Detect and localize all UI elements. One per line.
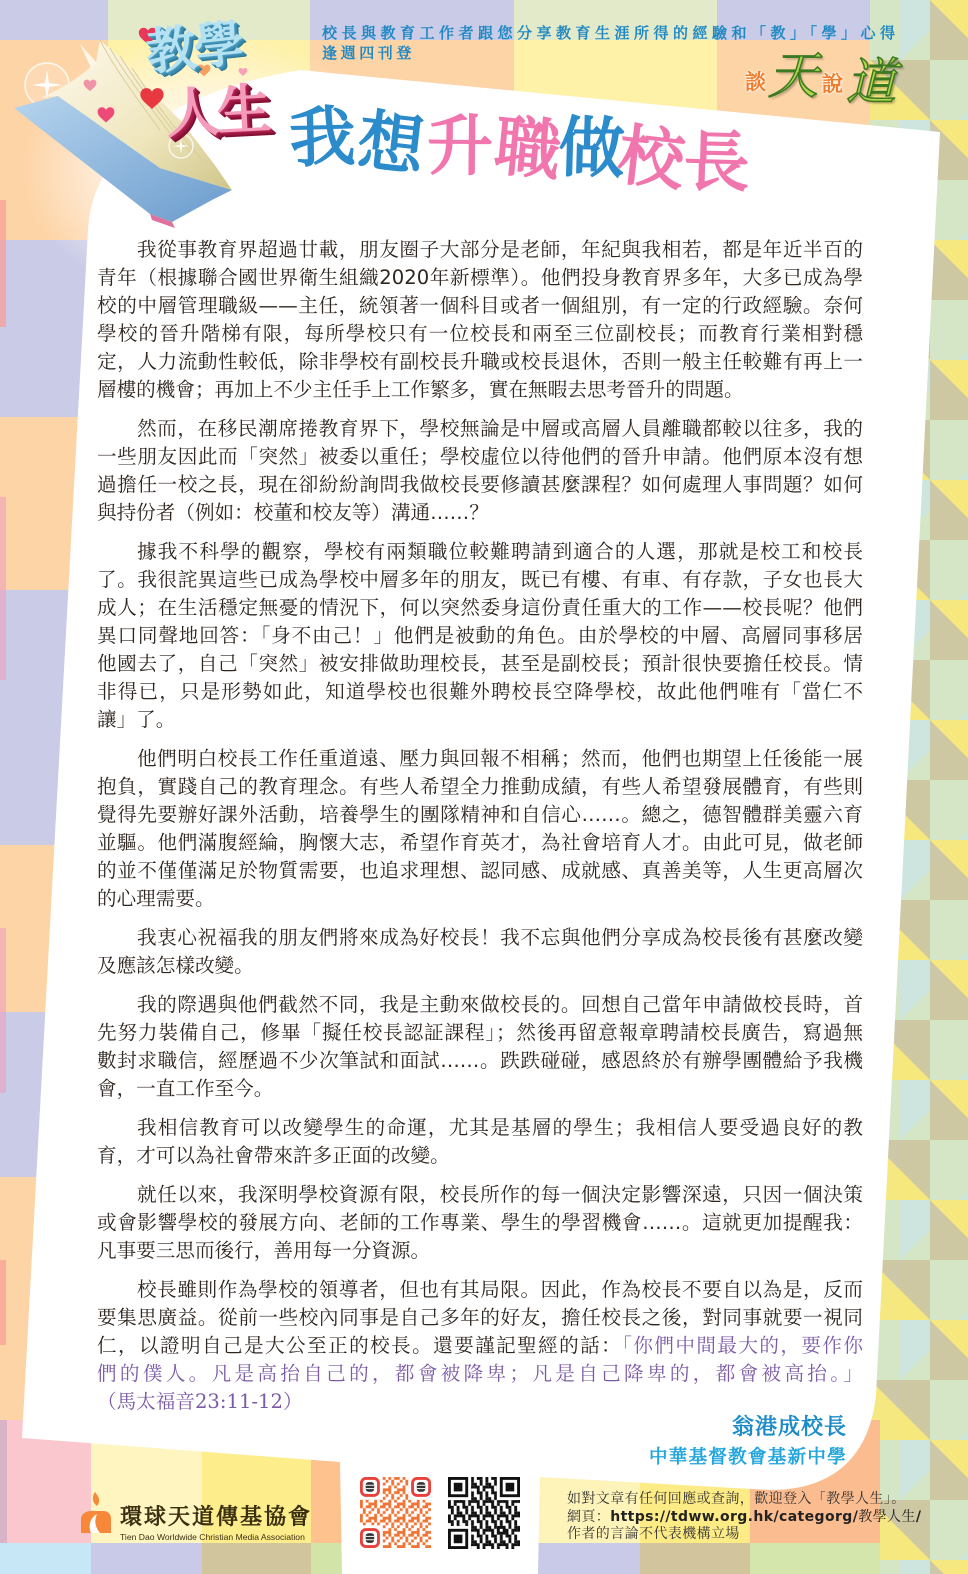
website-url-end: /: [916, 1509, 922, 1525]
article-line: 學校的晉升階梯有限，每所學校只有一位校長和兩至三位副校長；而教育行業相對穩: [97, 320, 863, 348]
publish-schedule: 逢週四刊登: [322, 43, 415, 63]
article-line: 先努力裝備自己，修畢「擬任校長認証課程」；然後再留意報章聘請校長廣告，寫過無: [97, 1019, 863, 1047]
article-line: 凡事要三思而後行，善用每一分資源。: [97, 1237, 863, 1265]
article-paragraph: 我相信教育可以改變學生的命運，尤其是基層的學生；我相信人要受過良好的教 育，才可…: [97, 1114, 863, 1170]
article-line: 異口同聲地回答：「身不由己！」他們是被動的角色。由於學校的中層、高層同事移居: [97, 622, 863, 650]
talk-heaven-logo-char: 談: [745, 70, 766, 94]
title-char: 升: [425, 108, 495, 185]
article-line-text: 仁，以證明自己是大公至正的校長。還要謹記聖經的話：: [97, 1334, 622, 1357]
article-line: 青年（根據聯合國世界衛生組織2020年新標準）。他們投身教育界多年，大多已成為學: [97, 264, 863, 292]
article-line: 定，人力流動性較低，除非學校有副校長升職或校長退休，否則一般主任較難有再上一: [97, 348, 863, 376]
website-line: 網頁：https://tdww.org.hk/categorg/教學人生/: [567, 1509, 921, 1527]
article-line: 覺得先要辦好課外活動，培養學生的團隊精神和自信心……。總之，德智體群美靈六育: [97, 801, 863, 829]
talk-heaven-logo-char: 天: [768, 48, 818, 104]
article-line: 過擔任一校之長，現在卻紛紛詢問我做校長要修讀甚麼課程？如何處理人事問題？如何: [97, 471, 863, 499]
org-name-english: Tien Dao Worldwide Christian Media Assoc…: [120, 1532, 305, 1543]
footer-notes: 如對文章有任何回應或查詢，歡迎登入「教學人生」。 網頁：https://tdww…: [567, 1491, 921, 1544]
article-paragraph: 我的際遇與他們截然不同，我是主動來做校長的。回想自己當年申請做校長時，首 先努力…: [97, 991, 863, 1103]
article-line: 校長雖則作為學校的領導者，但也有其局限。因此，作為校長不要自以為是，反而: [97, 1276, 863, 1304]
article-line: 讓」了。: [97, 706, 863, 734]
author-school: 中華基督教會基新中學: [649, 1446, 847, 1470]
qr-code-black-icon: [448, 1477, 520, 1549]
article-paragraph: 他們明白校長工作任重道遠、壓力與回報不相稱；然而，他們也期望上任後能一展 抱負，…: [97, 745, 863, 913]
header-tagline: 校長與教育工作者跟您分享教育生涯所得的經驗和「教」「學」心得: [322, 23, 900, 43]
article-line: 的並不僅僅滿足於物質需要，也追求理想、認同感、成就感、真善美等，人生更高層次: [97, 857, 863, 885]
article-line: 他們明白校長工作任重道遠、壓力與回報不相稱；然而，他們也期望上任後能一展: [97, 745, 863, 773]
talk-heaven-logo-char: 道: [846, 54, 896, 110]
article-line: 然而，在移民潮席捲教育界下，學校無論是中層或高層人員離職都較以往多，我的: [97, 415, 863, 443]
bible-quote: 「你們中間最大的，要作你: [622, 1334, 863, 1357]
title-char: 長: [681, 124, 752, 202]
column-logo-line2: 人生: [164, 77, 269, 146]
article-line: 他國去了，自己「突然」被安排做助理校長，甚至是副校長；預計很快要擔任校長。情: [97, 650, 863, 678]
article-line: 我衷心祝福我的朋友們將來成為好校長！我不忘與他們分享成為校長後有甚麼改變: [97, 924, 863, 952]
article-paragraph: 據我不科學的觀察，學校有兩類職位較難聘請到適合的人選，那就是校工和校長 了。我很…: [97, 538, 863, 734]
article-line: 層樓的機會；再加上不少主任手上工作繁多，實在無暇去思考晉升的問題。: [97, 376, 863, 404]
article-paragraph: 我從事教育界超過廿載，朋友圈子大部分是老師，年紀與我相若，都是年近半百的 青年（…: [97, 236, 863, 404]
website-url-host: https://tdww.org.hk/categorg/: [610, 1509, 858, 1525]
article-line: 了。我很詫異這些已成為學校中層多年的朋友，既已有樓、有車、有存款，子女也長大: [97, 566, 863, 594]
article-line: 校的中層管理職級——主任，統領著一個科目或者一個組別，有一定的行政經驗。奈何: [97, 292, 863, 320]
title-char: 我: [287, 99, 358, 177]
qr-code-orange-icon: [360, 1477, 431, 1548]
article-paragraph: 校長雖則作為學校的領導者，但也有其局限。因此，作為校長不要自以為是，反而 要集思…: [97, 1276, 863, 1416]
title-char: 校: [614, 117, 686, 200]
article-line: 或會影響學校的發展方向、老師的工作專業、學生的學習機會……。這就更加提醒我：: [97, 1209, 863, 1237]
article-paragraph: 我衷心祝福我的朋友們將來成為好校長！我不忘與他們分享成為校長後有甚麼改變 及應該…: [97, 924, 863, 980]
article-line: 的心理需要。: [97, 885, 863, 913]
article-line: 我的際遇與他們截然不同，我是主動來做校長的。回想自己當年申請做校長時，首: [97, 991, 863, 1019]
org-name-chinese: 環球天道傳基協會: [120, 1504, 312, 1532]
feedback-notice: 如對文章有任何回應或查詢，歡迎登入「教學人生」。: [567, 1491, 921, 1509]
article-paragraph: 就任以來，我深明學校資源有限，校長所作的每一個決定影響深遠，只因一個決策 或會影…: [97, 1181, 863, 1265]
column-logo-line1: 教學: [143, 13, 245, 83]
bible-quote: 們的僕人。凡是高抬自己的，都會被降卑；凡是自己降卑的，都會被高抬。」: [97, 1360, 863, 1388]
article-line: 我從事教育界超過廿載，朋友圈子大部分是老師，年紀與我相若，都是年近半百的: [97, 236, 863, 264]
article-line: 育，才可以為社會帶來許多正面的改變。: [97, 1142, 863, 1170]
title-char: 做: [558, 110, 620, 188]
website-link[interactable]: https://tdww.org.hk/categorg/教學人生/: [610, 1509, 921, 1525]
bible-reference: （馬太福音23:11-12）: [97, 1388, 863, 1416]
article-line: 據我不科學的觀察，學校有兩類職位較難聘請到適合的人選，那就是校工和校長: [97, 538, 863, 566]
flame-icon: [79, 1492, 113, 1534]
title-char: 想: [352, 103, 429, 186]
article-line: 仁，以證明自己是大公至正的校長。還要謹記聖經的話：「你們中間最大的，要作你: [97, 1332, 863, 1360]
article-line: 一些朋友因此而「突然」被委以重任；學校虛位以待他們的晉升申請。他們原本沒有想: [97, 443, 863, 471]
author-name: 翁港成校長: [732, 1414, 847, 1442]
title-char: 職: [491, 108, 562, 190]
website-label: 網頁：: [567, 1509, 610, 1525]
article-line: 就任以來，我深明學校資源有限，校長所作的每一個決定影響深遠，只因一個決策: [97, 1181, 863, 1209]
article-line: 數封求職信，經歷過不少次筆試和面試……。跌跌碰碰，感恩終於有辦學團體給予我機: [97, 1047, 863, 1075]
article-body: 我從事教育界超過廿載，朋友圈子大部分是老師，年紀與我相若，都是年近半百的 青年（…: [97, 236, 863, 1427]
website-url-path: 教學人生: [858, 1509, 916, 1525]
article-paragraph: 然而，在移民潮席捲教育界下，學校無論是中層或高層人員離職都較以往多，我的 一些朋…: [97, 415, 863, 527]
article-line: 成人；在生活穩定無憂的情況下，何以突然委身這份責任重大的工作——校長呢？他們: [97, 594, 863, 622]
article-line: 並驅。他們滿腹經綸，胸懷大志，希望作育英才，為社會培育人才。由此可見，做老師: [97, 829, 863, 857]
article-line: 抱負，實踐自己的教育理念。有些人希望全力推動成績，有些人希望發展體育，有些則: [97, 773, 863, 801]
article-line: 會，一直工作至今。: [97, 1075, 863, 1103]
article-line: 非得已，只是形勢如此，知道學校也很難外聘校長空降學校，故此他們唯有「當仁不: [97, 678, 863, 706]
article-line: 要集思廣益。從前一些校內同事是自己多年的好友，擔任校長之後，對同事就要一視同: [97, 1304, 863, 1332]
article-line: 及應該怎樣改變。: [97, 952, 863, 980]
article-line: 我相信教育可以改變學生的命運，尤其是基層的學生；我相信人要受過良好的教: [97, 1114, 863, 1142]
disclaimer: 作者的言論不代表機構立場: [567, 1526, 921, 1544]
article-line: 與持份者（例如：校董和校友等）溝通……？: [97, 499, 863, 527]
talk-heaven-logo-char: 說: [822, 72, 843, 96]
